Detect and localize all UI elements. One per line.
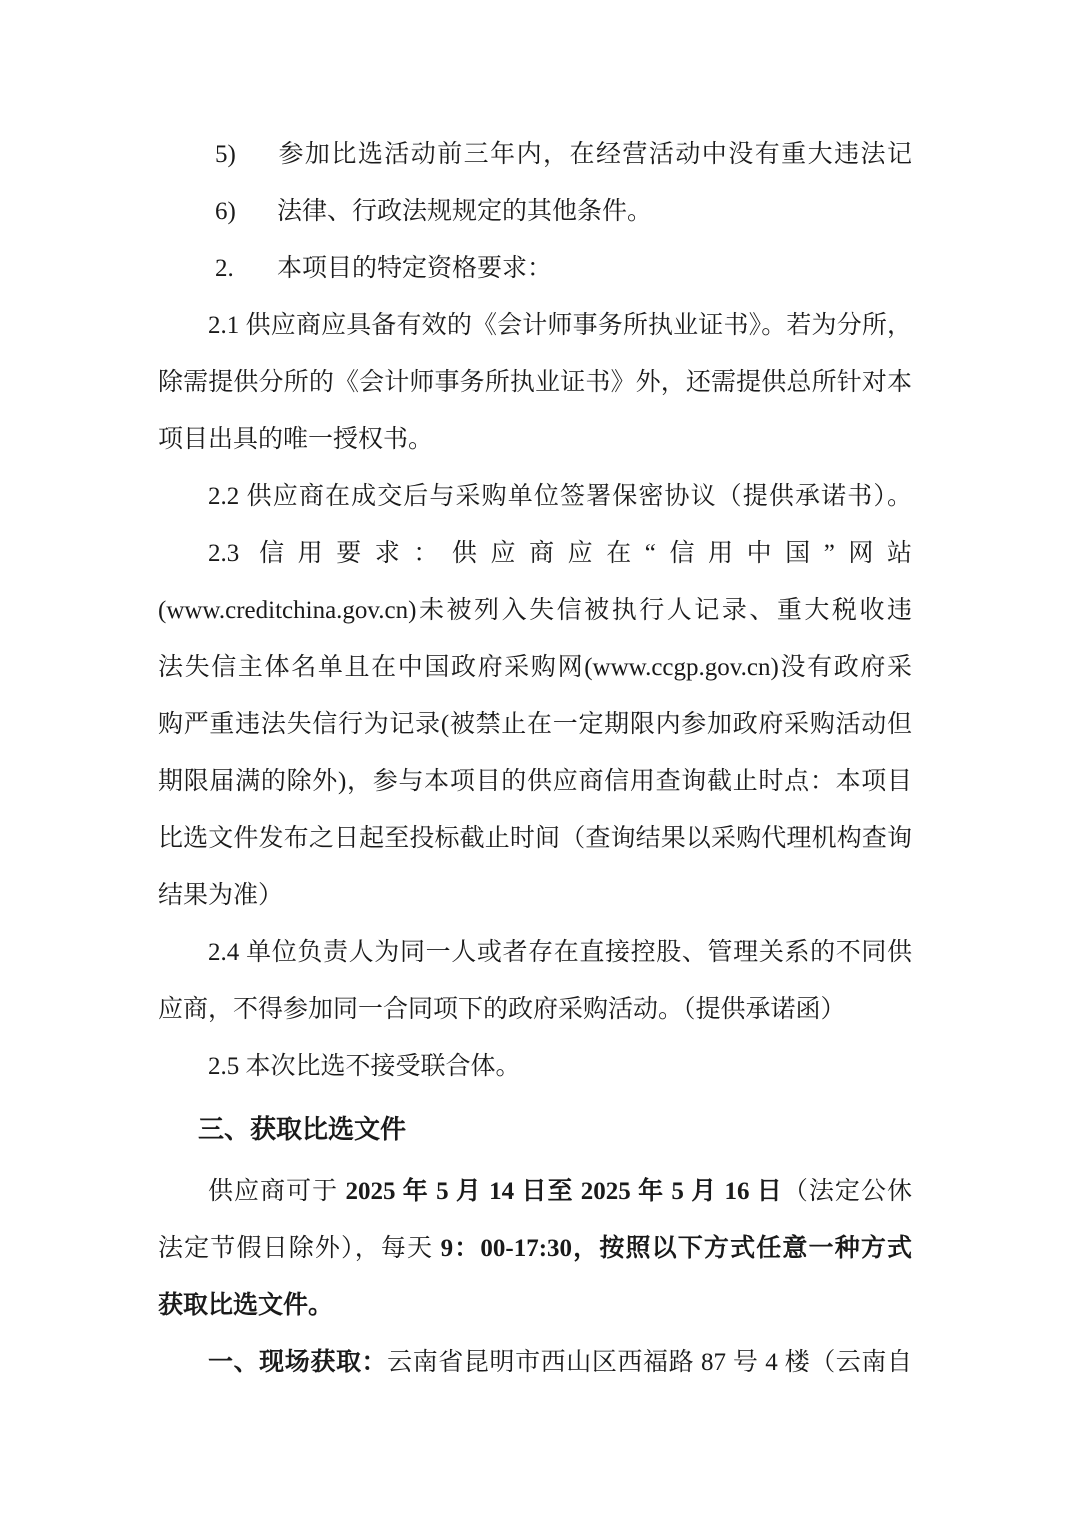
line-text: 期限届满的除外)，参与本项目的供应商信用查询截止时点：本项目	[158, 768, 912, 795]
line-text: 2.5 本次比选不接受联合体。	[208, 1053, 521, 1080]
list-item-2: 2.本项目的特定资格要求：	[158, 240, 912, 297]
paragraph-obtain-line-1: 供应商可于 2025 年 5 月 14 日至 2025 年 5 月 16 日（法…	[158, 1163, 912, 1220]
line-text: 结果为准）	[158, 882, 283, 909]
line-text: 参加比选活动前三年内，在经营活动中没有重大违法记录；	[215, 141, 912, 183]
line-text: 除需提供分所的《会计师事务所执业证书》外，还需提供总所针对本	[158, 369, 912, 396]
line-text: 购严重违法失信行为记录(被禁止在一定期限内参加政府采购活动但	[158, 711, 912, 738]
list-item-6: 6)法律、行政法规规定的其他条件。	[158, 183, 912, 240]
paragraph-2-1-line-2: 除需提供分所的《会计师事务所执业证书》外，还需提供总所针对本	[158, 354, 912, 411]
line-text: 比选文件发布之日起至投标截止时间（查询结果以采购代理机构查询	[158, 825, 912, 852]
paragraph-2-3-line-3: 法失信主体名单且在中国政府采购网(www.ccgp.gov.cn)没有政府采	[158, 639, 912, 696]
paragraph-obtain-line-2: 法定节假日除外），每天 9：00-17:30，按照以下方式任意一种方式	[158, 1220, 912, 1277]
line-text: 项目出具的唯一授权书。	[158, 426, 433, 453]
line-text: 法律、行政法规规定的其他条件。	[277, 198, 652, 225]
onsite-label: 一、现场获取：	[208, 1349, 387, 1376]
line-text: (www.creditchina.gov.cn)未被列入失信被执行人记录、重大税…	[158, 597, 912, 624]
paragraph-2-1-line-3: 项目出具的唯一授权书。	[158, 411, 912, 468]
paragraph-2-5: 2.5 本次比选不接受联合体。	[158, 1038, 912, 1095]
line-text: 2.4 单位负责人为同一人或者存在直接控股、管理关系的不同供	[208, 939, 912, 966]
paragraph-2-3-line-6: 比选文件发布之日起至投标截止时间（查询结果以采购代理机构查询	[158, 810, 912, 867]
paragraph-2-4-line-1: 2.4 单位负责人为同一人或者存在直接控股、管理关系的不同供	[158, 924, 912, 981]
time-range: 9：00-17:30，按照以下方式任意一种方式	[441, 1235, 912, 1262]
paragraph-onsite-line-1: 一、现场获取：云南省昆明市西山区西福路 87 号 4 楼（云南自厚	[158, 1334, 912, 1391]
paragraph-2-3-line-4: 购严重违法失信行为记录(被禁止在一定期限内参加政府采购活动但	[158, 696, 912, 753]
paragraph-2-4-line-2: 应商，不得参加同一合同项下的政府采购活动。（提供承诺函）	[158, 981, 912, 1038]
line-text: 供应商可于	[208, 1178, 345, 1205]
line-text: 获取比选文件。	[158, 1292, 333, 1319]
paragraph-2-3-line-7: 结果为准）	[158, 867, 912, 924]
paragraph-2-3-line-2: (www.creditchina.gov.cn)未被列入失信被执行人记录、重大税…	[158, 582, 912, 639]
line-text: 2.2 供应商在成交后与采购单位签署保密协议（提供承诺书）。	[208, 483, 912, 510]
paragraph-2-1-line-1: 2.1 供应商应具备有效的《会计师事务所执业证书》。若为分所，	[158, 297, 912, 354]
date-range: 2025 年 5 月 14 日至 2025 年 5 月 16 日	[345, 1178, 782, 1205]
paragraph-2-2: 2.2 供应商在成交后与采购单位签署保密协议（提供承诺书）。	[158, 468, 912, 525]
list-number: 2.	[215, 240, 277, 297]
list-number: 6)	[215, 183, 277, 240]
line-text: 法定节假日除外），每天	[158, 1235, 441, 1262]
line-text: 2.1 供应商应具备有效的《会计师事务所执业证书》。若为分所，	[208, 312, 912, 339]
line-text: 本项目的特定资格要求：	[277, 255, 552, 282]
line-text: 2.3 信用要求：供应商应在“信用中国”网站	[208, 540, 912, 567]
paragraph-2-3-line-1: 2.3 信用要求：供应商应在“信用中国”网站	[158, 525, 912, 582]
line-text: 法失信主体名单且在中国政府采购网(www.ccgp.gov.cn)没有政府采	[158, 654, 912, 681]
list-number: 5)	[215, 126, 277, 183]
paragraph-2-3-line-5: 期限届满的除外)，参与本项目的供应商信用查询截止时点：本项目	[158, 753, 912, 810]
paragraph-obtain-line-3: 获取比选文件。	[158, 1277, 912, 1334]
line-text: 应商，不得参加同一合同项下的政府采购活动。（提供承诺函）	[158, 996, 846, 1023]
heading-text: 三、获取比选文件	[198, 1114, 406, 1144]
list-item-5: 5)参加比选活动前三年内，在经营活动中没有重大违法记录；	[158, 126, 912, 183]
section-heading-3: 三、获取比选文件	[158, 1101, 912, 1158]
document-page: 5)参加比选活动前三年内，在经营活动中没有重大违法记录； 6)法律、行政法规规定…	[0, 0, 1074, 1520]
